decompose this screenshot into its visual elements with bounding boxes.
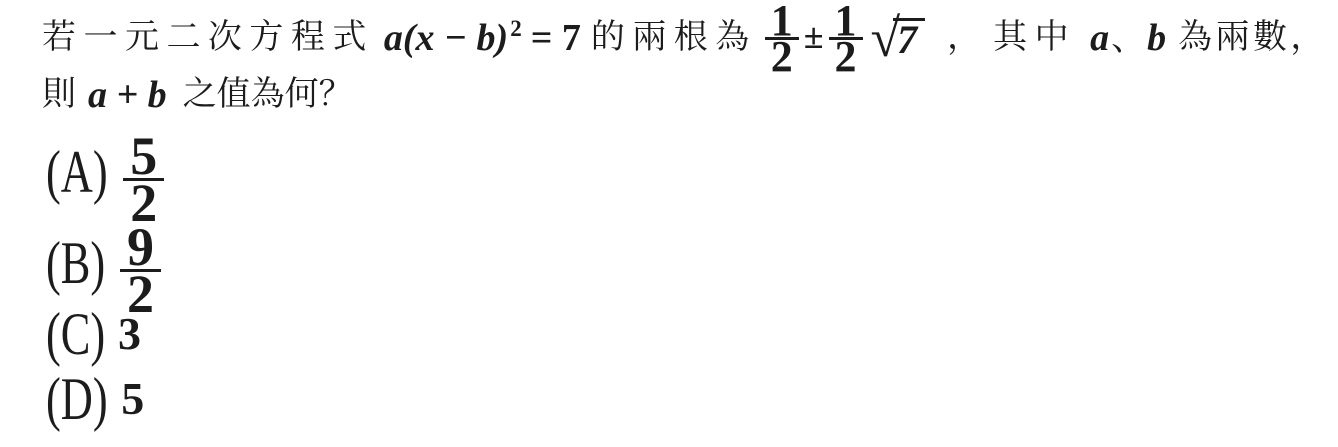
option-d: (D) 5 — [46, 371, 144, 427]
option-d-label: (D) — [46, 369, 108, 429]
fraction-numerator: 9 — [120, 225, 161, 269]
options-list: (A) 5 2 (B) 9 2 (C) 3 (D) 5 — [0, 0, 1338, 447]
option-c-value: 3 — [118, 311, 141, 357]
option-b-label: (B) — [46, 233, 105, 293]
option-a-fraction: 5 2 — [123, 134, 164, 225]
fraction-numerator: 5 — [123, 134, 164, 178]
question-page: 若一元二次方程式 a(x − b) 2 = 7 的兩根為 1 2 ± 1 2 √… — [0, 0, 1338, 447]
option-b-fraction: 9 2 — [120, 225, 161, 316]
option-a-label: (A) — [46, 142, 108, 202]
option-c-label: (C) — [46, 304, 105, 364]
option-c: (C) 3 — [46, 306, 141, 362]
option-d-value: 5 — [121, 376, 144, 422]
option-a: (A) 5 2 — [46, 135, 164, 224]
